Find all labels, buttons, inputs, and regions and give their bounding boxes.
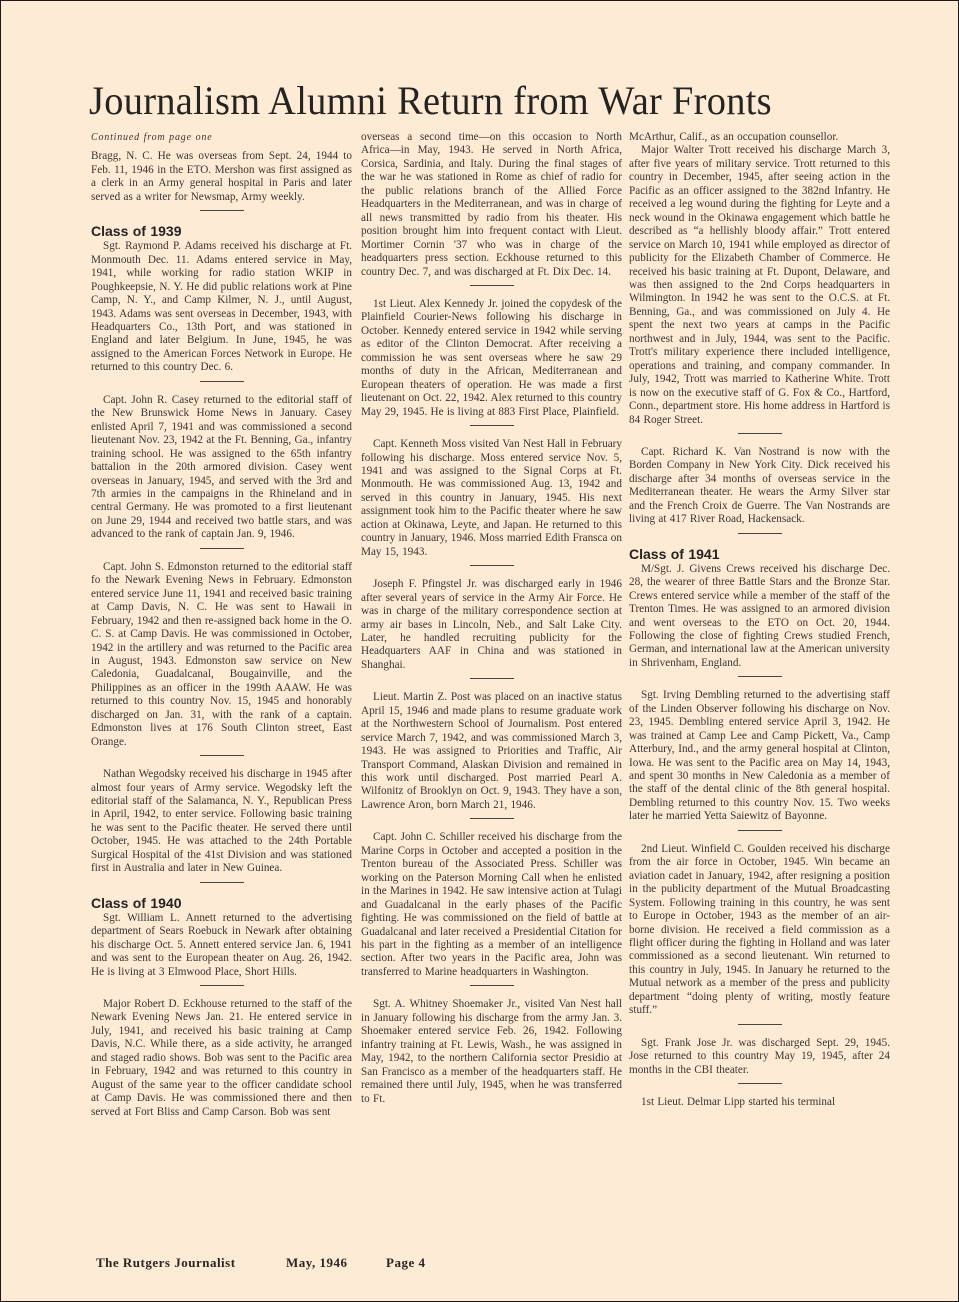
section-heading-class-1939: Class of 1939 [91, 223, 352, 239]
article-pfingstel: Joseph F. Pfingstel Jr. was discharged e… [361, 578, 622, 672]
separator-rule [470, 565, 514, 566]
column-2: overseas a second time—on this occasion … [361, 131, 622, 1106]
footer-page-number: Page 4 [386, 1255, 425, 1271]
article-lipp: 1st Lieut. Delmar Lipp started his termi… [629, 1096, 890, 1109]
separator-rule [738, 830, 782, 831]
article-mershon-continued: Bragg, N. C. He was overseas from Sept. … [91, 150, 352, 204]
column-3: McArthur, Calif., as an occupation couns… [629, 131, 890, 1110]
article-moss: Capt. Kenneth Moss visited Van Nest Hall… [361, 438, 622, 559]
footer-date: May, 1946 [286, 1255, 386, 1271]
article-goulden: 2nd Lieut. Winfield C. Goulden received … [629, 843, 890, 1018]
article-edmonston: Capt. John S. Edmonston returned to the … [91, 561, 352, 749]
column-1: Continued from page one Bragg, N. C. He … [91, 131, 352, 1119]
separator-rule [470, 818, 514, 819]
article-adams: Sgt. Raymond P. Adams received his disch… [91, 240, 352, 375]
separator-rule [738, 1024, 782, 1025]
separator-rule [200, 381, 244, 382]
article-wegodsky: Nathan Wegodsky received his discharge i… [91, 768, 352, 876]
article-kennedy: 1st Lieut. Alex Kennedy Jr. joined the c… [361, 298, 622, 419]
article-shoemaker: Sgt. A. Whitney Shoemaker Jr., visited V… [361, 998, 622, 1106]
separator-rule [200, 755, 244, 756]
separator-rule [470, 285, 514, 286]
separator-rule [200, 210, 244, 211]
page-title: Journalism Alumni Return from War Fronts [89, 75, 847, 127]
separator-rule [200, 882, 244, 883]
separator-rule [738, 533, 782, 534]
article-van-nostrand: Capt. Richard K. Van Nostrand is now wit… [629, 446, 890, 527]
footer-publication: The Rutgers Journalist [96, 1255, 286, 1271]
article-jose: Sgt. Frank Jose Jr. was discharged Sept.… [629, 1037, 890, 1077]
section-heading-class-1941: Class of 1941 [629, 546, 890, 562]
article-shoemaker-continued: McArthur, Calif., as an occupation couns… [629, 131, 890, 144]
article-eckhouse-continued: overseas a second time—on this occasion … [361, 131, 622, 279]
separator-rule [470, 425, 514, 426]
separator-rule [738, 433, 782, 434]
separator-rule [470, 985, 514, 986]
page-footer: The Rutgers Journalist May, 1946 Page 4 [96, 1255, 425, 1271]
separator-rule [738, 676, 782, 677]
section-heading-class-1940: Class of 1940 [91, 895, 352, 911]
article-schiller: Capt. John C. Schiller received his disc… [361, 831, 622, 979]
separator-rule [738, 1083, 782, 1084]
article-casey: Capt. John R. Casey returned to the edit… [91, 394, 352, 542]
article-post: Lieut. Martin Z. Post was placed on an i… [361, 691, 622, 812]
separator-rule [200, 985, 244, 986]
separator-rule [470, 678, 514, 679]
article-annett: Sgt. William L. Annett returned to the a… [91, 912, 352, 979]
article-crews: M/Sgt. J. Givens Crews received his dis­… [629, 563, 890, 671]
continued-note: Continued from page one [91, 131, 352, 144]
article-dembling: Sgt. Irving Dembling returned to the adv… [629, 689, 890, 824]
separator-rule [200, 548, 244, 549]
newspaper-page: Journalism Alumni Return from War Fronts… [0, 0, 959, 1302]
article-eckhouse: Major Robert D. Eckhouse returned to the… [91, 998, 352, 1119]
article-trott: Major Walter Trott received his discharg… [629, 144, 890, 427]
